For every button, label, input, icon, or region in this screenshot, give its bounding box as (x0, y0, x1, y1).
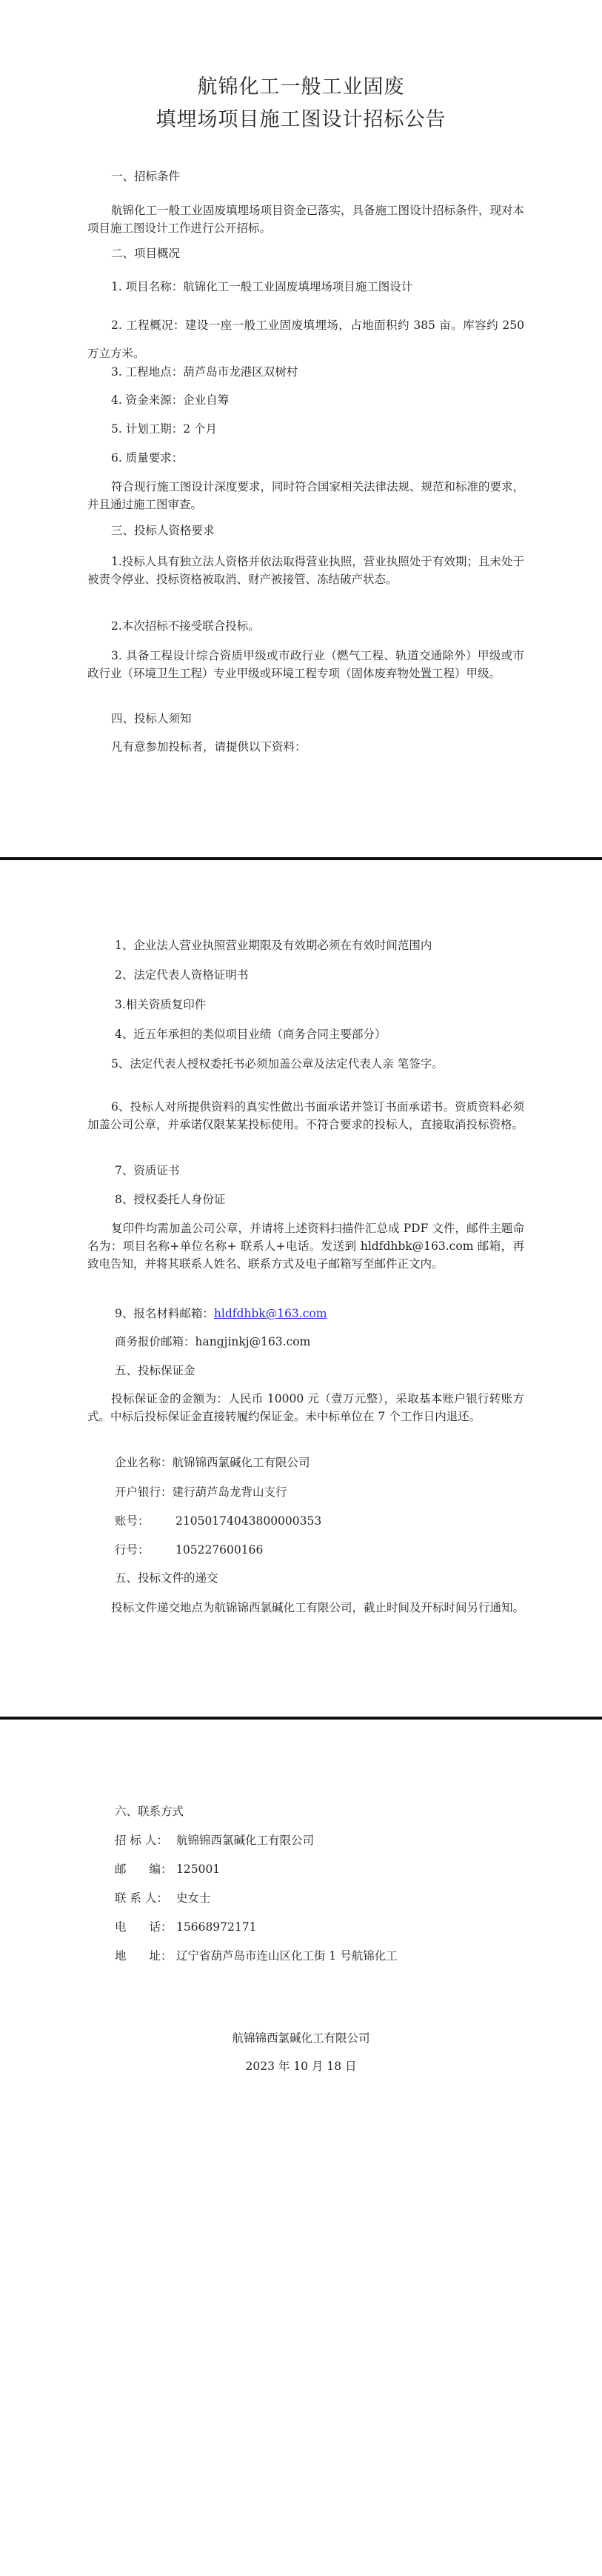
copy-note-block: 复印件均需加盖公司公章，并请将上述资料扫描件汇总成 PDF 文件，邮件主题命名为… (87, 1219, 524, 1273)
page-1: 航锦化工一般工业固废 填埋场项目施工图设计招标公告 一、招标条件 航锦化工一般工… (0, 0, 602, 856)
section-1-body: 航锦化工一般工业固废填埋场项目资金已落实，具备施工图设计招标条件，现对本项目施工… (87, 202, 524, 237)
material-item-8: 8、授权委托人身份证 (115, 1191, 225, 1208)
contact-value: 125001 (176, 1863, 220, 1876)
page-3: 六、联系方式 招 标 人：航锦锦西氯碱化工有限公司 邮 编：125001 联 系… (0, 1720, 602, 2576)
material-5-block: 5、法定代表人授权委托书必须加盖公章及法定代表人亲 笔签字。 (87, 1055, 524, 1073)
signup-email-link[interactable]: hldfdhbk@163.com (214, 1307, 327, 1320)
page-divider (0, 857, 602, 860)
copy-note: 复印件均需加盖公司公章，并请将上述资料扫描件汇总成 PDF 文件，邮件主题命名为… (87, 1219, 524, 1273)
section-1-heading: 一、招标条件 (111, 167, 180, 185)
bank-code-label: 行号： (115, 1541, 175, 1559)
qualification-3-block: 3. 具备工程设计综合资质甲级或市政行业（燃气工程、轨道交通除外）甲级或市政行业… (87, 647, 524, 682)
page-divider (0, 1717, 602, 1720)
quote-email-label: 商务报价邮箱： (115, 1335, 195, 1348)
material-item-4: 4、近五年承担的类似项目业绩（商务合同主要部分） (115, 1025, 386, 1043)
quote-email-row: 商务报价邮箱：hangjinkj@163.com (115, 1333, 310, 1351)
contact-value: 辽宁省葫芦岛市连山区化工街 1 号航锦化工 (176, 1949, 398, 1963)
qualification-item-3: 3. 具备工程设计综合资质甲级或市政行业（燃气工程、轨道交通除外）甲级或市政行业… (87, 647, 524, 682)
document-title-line-1: 航锦化工一般工业固废 (0, 71, 602, 104)
section-4-heading: 四、投标人须知 (111, 710, 192, 728)
material-item-7: 7、资质证书 (115, 1162, 179, 1179)
deposit-body-block: 投标保证金的金额为：人民币 10000 元（壹万元整），采取基本账户银行转账方式… (87, 1390, 524, 1425)
contact-label: 联 系 人： (115, 1889, 176, 1907)
project-overview-block: 2. 工程概况：建设一座一般工业固废填埋场，占地面积约 385 亩。库容约 25… (87, 311, 524, 367)
submission-body: 投标文件递交地点为航锦锦西氯碱化工有限公司，截止时间及开标时间另行通知。 (87, 1599, 524, 1617)
submission-body-block: 投标文件递交地点为航锦锦西氯碱化工有限公司，截止时间及开标时间另行通知。 (87, 1599, 524, 1617)
material-6-block: 6、投标人对所提供资料的真实性做出书面承诺并签订书面承诺书。资质资料必须加盖公司… (87, 1098, 524, 1134)
section-4-intro: 凡有意参加投标者，请提供以下资料： (111, 738, 307, 756)
qualification-1-block: 1.投标人具有独立法人资格并依法取得营业执照，营业执照处于有效期；且未处于被责令… (87, 553, 524, 588)
section-3-heading: 三、投标人资格要求 (111, 522, 215, 539)
company-name-value: 航锦锦西氯碱化工有限公司 (173, 1456, 310, 1469)
signup-email-label: 9、报名材料邮箱： (115, 1307, 214, 1320)
deposit-body: 投标保证金的金额为：人民币 10000 元（壹万元整），采取基本账户银行转账方式… (87, 1390, 524, 1425)
document-title-line-2: 填埋场项目施工图设计招标公告 (0, 104, 602, 136)
contact-value: 史女士 (176, 1891, 211, 1905)
bank-row: 开户银行：建行葫芦岛龙背山支行 (115, 1483, 287, 1501)
section-6-heading: 六、联系方式 (115, 1803, 184, 1820)
bank-label: 开户银行： (115, 1485, 173, 1499)
material-item-1: 1、企业法人营业执照营业期限及有效期必须在有效时间范围内 (115, 936, 432, 954)
material-item-5: 5、法定代表人授权委托书必须加盖公章及法定代表人亲 笔签字。 (87, 1055, 524, 1073)
account-label: 账号： (115, 1512, 175, 1530)
bank-value: 建行葫芦岛龙背山支行 (173, 1485, 287, 1499)
submission-heading: 五、投标文件的递交 (115, 1569, 218, 1587)
contact-label: 邮 编： (115, 1860, 176, 1878)
project-location-item: 3. 工程地点：葫芦岛市龙港区双树村 (111, 363, 298, 381)
contact-row-phone: 电 话：15668972171 (115, 1918, 256, 1936)
page-2: 1、企业法人营业执照营业期限及有效期必须在有效时间范围内 2、法定代表人资格证明… (0, 861, 602, 1716)
contact-row-person: 联 系 人：史女士 (115, 1889, 211, 1907)
bank-code-value: 105227600166 (175, 1543, 263, 1557)
contact-label: 电 话： (115, 1918, 176, 1936)
quality-requirement-item: 6. 质量要求： (111, 449, 183, 467)
quote-email: hangjinkj@163.com (195, 1335, 311, 1348)
quality-body: 符合现行施工图设计深度要求，同时符合国家相关法律法规、规范和标准的要求，并且通过… (87, 478, 524, 513)
qualification-item-1: 1.投标人具有独立法人资格并依法取得营业执照，营业执照处于有效期；且未处于被责令… (87, 553, 524, 588)
contact-label: 地 址： (115, 1947, 176, 1965)
project-overview-item: 2. 工程概况：建设一座一般工业固废填埋场，占地面积约 385 亩。库容约 25… (87, 311, 524, 367)
bank-code-row: 行号：105227600166 (115, 1541, 263, 1559)
section-5-heading: 五、投标保证金 (115, 1362, 195, 1379)
schedule-item: 5. 计划工期：2 个月 (111, 420, 217, 438)
signup-email-row: 9、报名材料邮箱：hldfdhbk@163.com (115, 1305, 327, 1322)
section-1-paragraph: 航锦化工一般工业固废填埋场项目资金已落实，具备施工图设计招标条件，现对本项目施工… (87, 202, 524, 237)
contact-label: 招 标 人： (115, 1831, 176, 1849)
account-number: 21050174043800000353 (175, 1514, 321, 1528)
signature-company: 航锦锦西氯碱化工有限公司 (0, 2029, 602, 2047)
signature-date: 2023 年 10 月 18 日 (0, 2057, 602, 2075)
contact-value: 航锦锦西氯碱化工有限公司 (176, 1834, 314, 1847)
company-name-label: 企业名称： (115, 1456, 173, 1469)
material-item-6: 6、投标人对所提供资料的真实性做出书面承诺并签订书面承诺书。资质资料必须加盖公司… (87, 1098, 524, 1134)
project-name-item: 1. 项目名称：航锦化工一般工业固废填埋场项目施工图设计 (111, 278, 412, 296)
qualification-item-2: 2.本次招标不接受联合投标。 (111, 617, 260, 635)
material-item-2: 2、法定代表人资格证明书 (115, 966, 248, 984)
material-item-3: 3.相关资质复印件 (115, 996, 206, 1014)
contact-value: 15668972171 (176, 1920, 256, 1934)
contact-row-address: 地 址：辽宁省葫芦岛市连山区化工街 1 号航锦化工 (115, 1947, 398, 1965)
section-2-heading: 二、项目概况 (111, 244, 180, 262)
quality-body-block: 符合现行施工图设计深度要求，同时符合国家相关法律法规、规范和标准的要求，并且通过… (87, 478, 524, 513)
funding-source-item: 4. 资金来源：企业自筹 (111, 391, 229, 409)
contact-row-tenderer: 招 标 人：航锦锦西氯碱化工有限公司 (115, 1831, 314, 1849)
contact-row-postcode: 邮 编：125001 (115, 1860, 220, 1878)
account-row: 账号：21050174043800000353 (115, 1512, 321, 1530)
company-name-row: 企业名称：航锦锦西氯碱化工有限公司 (115, 1454, 310, 1471)
